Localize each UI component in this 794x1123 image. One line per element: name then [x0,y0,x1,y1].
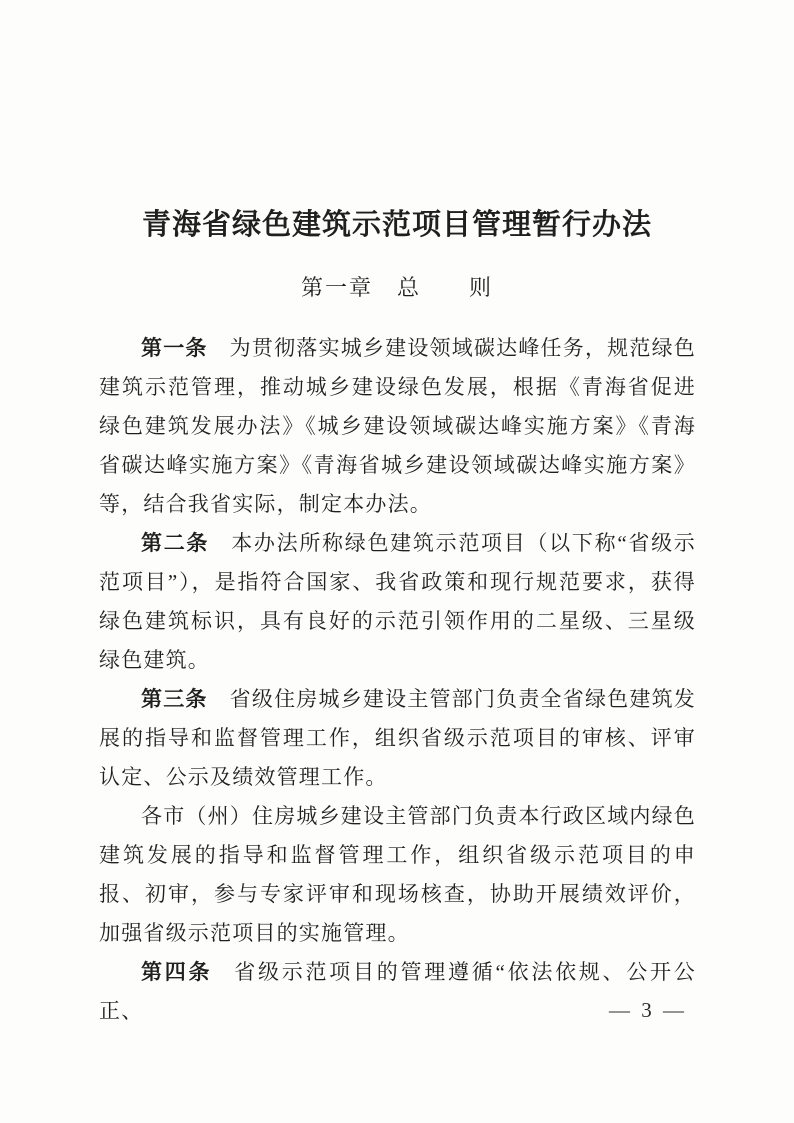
article-label: 第一条 [141,337,208,360]
paragraph: 第三条省级住房城乡建设主管部门负责全省绿色建筑发展的指导和监督管理工作，组织省级… [99,680,696,797]
document-body: 第一条为贯彻落实城乡建设领域碳达峰任务，规范绿色建筑示范管理，推动城乡建设绿色发… [99,329,696,1031]
page-number: — 3 — [609,998,687,1023]
paragraph: 第一条为贯彻落实城乡建设领域碳达峰任务，规范绿色建筑示范管理，推动城乡建设绿色发… [99,329,696,524]
article-label: 第四条 [141,961,212,984]
paragraph-text: 为贯彻落实城乡建设领域碳达峰任务，规范绿色建筑示范管理，推动城乡建设绿色发展，根… [99,336,696,516]
document-title: 青海省绿色建筑示范项目管理暂行办法 [0,207,794,243]
paragraph: 各市（州）住房城乡建设主管部门负责本行政区域内绿色建筑发展的指导和监督管理工作，… [99,797,696,953]
paragraph: 第四条省级示范项目的管理遵循“依法依规、公开公正、 [99,953,696,1031]
article-label: 第二条 [141,532,209,555]
paragraph-text: 各市（州）住房城乡建设主管部门负责本行政区域内绿色建筑发展的指导和监督管理工作，… [99,804,696,945]
chapter-heading: 第一章 总 则 [0,274,794,302]
article-label: 第三条 [141,688,208,711]
document-page: 青海省绿色建筑示范项目管理暂行办法 第一章 总 则 第一条为贯彻落实城乡建设领域… [0,0,794,1123]
paragraph: 第二条本办法所称绿色建筑示范项目（以下称“省级示范项目”），是指符合国家、我省政… [99,524,696,680]
